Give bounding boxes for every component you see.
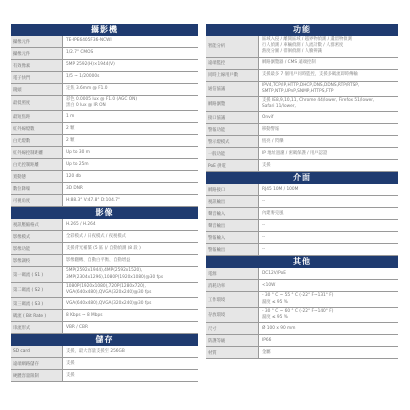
spec-value-line: 1 m — [66, 114, 195, 120]
spec-row: 聲音輸入內建麥克風 — [206, 208, 398, 220]
spec-value: 5MP(2592x1944),4MP(2592x1520),3MP(2304x1… — [63, 267, 198, 281]
spec-value: 內建麥克風 — [259, 208, 398, 219]
spec-value: -- — [259, 220, 398, 231]
spec-value-line: 120 db — [66, 174, 195, 180]
spec-value-line: Safari 11/lower, — [262, 104, 395, 110]
spec-value-line: VGA(640x480),QVGA(320x240)@30 fps — [66, 301, 195, 307]
spec-section: 攝影機攝像元件TE-IPE6405F36-NCWI攝像元件1/2.7" CMOS… — [11, 24, 198, 207]
spec-value-line: 移動警報 — [262, 127, 395, 133]
spec-label: 串流形式 — [11, 322, 63, 333]
spec-label: 數位降噪 — [11, 183, 63, 194]
spec-label: 影像調校 — [11, 255, 63, 266]
spec-value-line: 5MP 2592(H)×1944(V) — [66, 62, 195, 68]
spec-label: 遠端監控 — [206, 58, 259, 69]
spec-row: 攝像元件1/2.7" CMOS — [11, 48, 198, 60]
spec-value: 恆亮 / 閃爍 — [259, 136, 398, 147]
spec-row: 可視角度H:88.3° V:47.8° D:104.7° — [11, 195, 198, 207]
spec-value: 支援 — [259, 160, 398, 171]
spec-value-line: 恆亮 / 閃爍 — [262, 139, 395, 145]
spec-label: 網路瀏覽 — [206, 97, 259, 111]
spec-label: 存放環境 — [206, 308, 259, 322]
spec-value: TE-IPE6405F36-NCWI — [63, 36, 198, 47]
spec-row: 鏡頭定焦 3.6mm @ F1.0 — [11, 84, 198, 96]
spec-row: 電子快門1/5 ~ 1/20000s — [11, 72, 198, 84]
spec-label: 電源 — [206, 268, 259, 279]
spec-label: 警報輸出 — [206, 244, 259, 255]
spec-value: 影像翻轉、自動白平衡、自動增益 — [63, 255, 198, 266]
spec-label: 消耗功率 — [206, 280, 259, 291]
spec-label: 防護等級 — [206, 335, 259, 346]
spec-value-line: 內建麥克風 — [262, 211, 395, 217]
spec-row: 警報輸出-- — [206, 244, 398, 256]
spec-value: 支援 — [63, 358, 198, 369]
spec-row: 一般功能IP 地址過濾 / 密碼保護 / 用戶認證 — [206, 148, 398, 160]
spec-value: 2 顆 — [63, 123, 198, 134]
spec-row: 存放環境- 30 ° C ~ 60 ° C (-22° F~140° F)濕度 … — [206, 308, 398, 323]
spec-value-line: 2 顆 — [66, 138, 195, 144]
spec-section: 介面網路接口RJ45 10M / 100M視訊輸出--聲音輸入內建麥克風聲音輸出… — [206, 172, 398, 256]
spec-value-line: TE-IPE6405F36-NCWI — [66, 38, 195, 44]
spec-section: 影像視訊壓縮格式H.265 / H.264影像模式全彩模式 / 日夜模式 / 夜… — [11, 207, 198, 334]
spec-value-line: 支援背光補償 (5 區 )/ 自動偵測 (8 段 ) — [66, 246, 195, 252]
spec-value: 支援背光補償 (5 區 )/ 自動偵測 (8 段 ) — [63, 243, 198, 254]
spec-value: Up to 25m — [63, 159, 198, 170]
spec-value: 金屬 — [259, 347, 398, 358]
spec-value-line: 8 Kbps ~ 8 Mbps — [66, 313, 195, 319]
spec-label: 寬動態 — [11, 171, 63, 182]
spec-value: 1/5 ~ 1/20000s — [63, 72, 198, 83]
spec-row: 接口協議Onvif — [206, 112, 398, 124]
spec-value: 支援 IE8,9,10,11, Chrome 44/lower, Firefox… — [259, 97, 398, 111]
spec-label: 鏡頭 — [11, 84, 63, 95]
section-header: 介面 — [206, 172, 398, 184]
spec-value-line: -- — [262, 223, 395, 229]
spec-row: 有效像素5MP 2592(H)×1944(V) — [11, 60, 198, 72]
spec-value-line: RJ45 10M / 100M — [262, 187, 395, 193]
spec-value: 彩色 0.0005 lux @ F1.0 (AGC ON)黑白 0 lux @ … — [63, 96, 198, 110]
spec-row: 紅外線燈數2 顆 — [11, 123, 198, 135]
spec-value: Onvif — [259, 112, 398, 123]
spec-value-line: VBR / CBR — [66, 325, 195, 331]
spec-value-line: 3D DNR — [66, 186, 195, 192]
spec-label: 聲音輸入 — [206, 208, 259, 219]
spec-value-line: 支援 — [66, 361, 195, 367]
spec-label: 白光控制距離 — [11, 159, 63, 170]
spec-row: 第一碼流 ( S1 )5MP(2592x1944),4MP(2592x1520)… — [11, 267, 198, 282]
spec-row: 第三碼流 ( S3 )VGA(640x480),QVGA(320x240)@30… — [11, 298, 198, 310]
spec-value: H.265 / H.264 — [63, 219, 198, 230]
spec-value-line: Ø 100 x 90 mm — [262, 326, 395, 332]
spec-row: 白光控制距離Up to 25m — [11, 159, 198, 171]
spec-value-line: IP66 — [262, 338, 395, 344]
spec-value: -- — [259, 232, 398, 243]
spec-value-line: 定焦 3.6mm @ F1.0 — [66, 86, 195, 92]
spec-value-line: <10W — [262, 283, 395, 289]
spec-section: 功能智能分析區域入侵 / 離開區域 / 越界物偵測 / 遺留物偵測行人偵測 / … — [206, 24, 398, 172]
spec-value-line: 支援，最大容量支援至 256GB — [66, 349, 195, 355]
spec-value: RJ45 10M / 100M — [259, 184, 398, 195]
spec-value: IP 地址過濾 / 密碼保護 / 用戶認證 — [259, 148, 398, 159]
spec-value-line: 支援 — [262, 163, 395, 169]
spec-row: 尺寸Ø 100 x 90 mm — [206, 323, 398, 335]
spec-value: - 30 ° C ~ 55 ° C (-22° F~131° F)濕度 ≤ 95… — [259, 292, 398, 306]
spec-row: 視訊壓縮格式H.265 / H.264 — [11, 219, 198, 231]
spec-row: 消耗功率<10W — [206, 280, 398, 292]
spec-label: 第二碼流 ( S2 ) — [11, 283, 63, 297]
spec-value-line: 支援最多 7 個用戶同時監控，支援多碼流即時傳輸 — [262, 72, 395, 78]
spec-value: 1 m — [63, 111, 198, 122]
spec-value: 支援，最大容量支援至 256GB — [63, 346, 198, 357]
spec-value: 支援最多 7 個用戶同時監控，支援多碼流即時傳輸 — [259, 70, 398, 81]
spec-value-line: 3MP(2304x1296),1080P(1920x1080)@30 fps — [66, 275, 195, 281]
spec-value-line: Up to 25m — [66, 162, 195, 168]
spec-row: 串流形式VBR / CBR — [11, 322, 198, 334]
spec-value-line: H.265 / H.264 — [66, 222, 195, 228]
spec-value-line: 影像翻轉、自動白平衡、自動增益 — [66, 258, 195, 264]
spec-value: VBR / CBR — [63, 322, 198, 333]
spec-value: DC12V/PoE — [259, 268, 398, 279]
spec-label: 紅外線燈數 — [11, 123, 63, 134]
spec-label: 視訊壓縮格式 — [11, 219, 63, 230]
spec-value: 1/2.7" CMOS — [63, 48, 198, 59]
spec-row: 寬動態120 db — [11, 171, 198, 183]
spec-value: 2 顆 — [63, 135, 198, 146]
spec-label: 視訊輸出 — [206, 196, 259, 207]
spec-value-line: 黑白 0 lux @ IR ON — [66, 103, 195, 109]
spec-label: 白光燈數 — [11, 135, 63, 146]
spec-value: Up to 30 m — [63, 147, 198, 158]
spec-value-line: 支援 — [66, 373, 195, 379]
spec-row: PoE 供電支援 — [206, 160, 398, 172]
spec-row: 影像功能支援背光補償 (5 區 )/ 自動偵測 (8 段 ) — [11, 243, 198, 255]
spec-value-line: -- — [262, 235, 395, 241]
section-header: 攝影機 — [11, 24, 198, 36]
spec-value-line: 濕度 ≤ 95 % — [262, 315, 395, 321]
spec-value-line: IP 地址過濾 / 密碼保護 / 用戶認證 — [262, 151, 395, 157]
spec-label: 最短焦距 — [11, 111, 63, 122]
spec-value-line: 金屬 — [262, 350, 395, 356]
spec-label: 電子快門 — [11, 72, 63, 83]
spec-value-line: -- — [262, 199, 395, 205]
section-header: 儲存 — [11, 334, 198, 346]
spec-label: 紅外線控制距離 — [11, 147, 63, 158]
spec-row: 材質金屬 — [206, 347, 398, 359]
spec-value-line: 熱度分圖 / 徘徊偵測 / 人臉辨識 — [262, 49, 395, 55]
spec-value: 5MP 2592(H)×1944(V) — [63, 60, 198, 71]
spec-row: 遠端網路儲存支援 — [11, 358, 198, 370]
spec-section: 其他電源DC12V/PoE消耗功率<10W工作環境- 30 ° C ~ 55 °… — [206, 256, 398, 359]
spec-label: 一般功能 — [206, 148, 259, 159]
spec-row: 最短焦距1 m — [11, 111, 198, 123]
spec-label: 有效像素 — [11, 60, 63, 71]
spec-row: 網路瀏覽支援 IE8,9,10,11, Chrome 44/lower, Fir… — [206, 97, 398, 112]
spec-label: 攝像元件 — [11, 48, 63, 59]
spec-row: 網路接口RJ45 10M / 100M — [206, 184, 398, 196]
section-header: 其他 — [206, 256, 398, 268]
spec-label: 警報輸入 — [206, 232, 259, 243]
spec-label: SD card — [11, 346, 63, 357]
spec-row: 遠端監控網路瀏覽器 / CMS 遠端控制 — [206, 58, 398, 70]
spec-value-line: H:88.3° V:47.8° D:104.7° — [66, 198, 195, 204]
spec-label: 智能分析 — [206, 36, 259, 57]
spec-label: 攝像元件 — [11, 36, 63, 47]
spec-label: PoE 供電 — [206, 160, 259, 171]
spec-value: 區域入侵 / 離開區域 / 越界物偵測 / 遺留物偵測行人偵測 / 車輛偵測 /… — [259, 36, 398, 57]
spec-label: 工作環境 — [206, 292, 259, 306]
spec-row: 影像調校影像翻轉、自動白平衡、自動增益 — [11, 255, 198, 267]
spec-row: 警報功能移動警報 — [206, 124, 398, 136]
spec-value: IPV4,TCP/IP,HTTP,DHCP,DNS,DDNS,RTP/RTSP,… — [259, 82, 398, 96]
spec-label: 通信協議 — [206, 82, 259, 96]
spec-row: 數位降噪3D DNR — [11, 183, 198, 195]
spec-value: 3D DNR — [63, 183, 198, 194]
spec-label: 可視角度 — [11, 195, 63, 206]
spec-value: 120 db — [63, 171, 198, 182]
spec-section: 儲存SD card支援，最大容量支援至 256GB遠端網路儲存支援硬體容量限制支… — [11, 334, 198, 382]
spec-row: 視訊輸出-- — [206, 196, 398, 208]
spec-row: 影像模式全彩模式 / 日夜模式 / 夜視模式 — [11, 231, 198, 243]
spec-value-line: Up to 30 m — [66, 150, 195, 156]
spec-value: IP66 — [259, 335, 398, 346]
spec-value: -- — [259, 196, 398, 207]
spec-label: 影像功能 — [11, 243, 63, 254]
spec-row: 防護等級IP66 — [206, 335, 398, 347]
spec-label: 接口協議 — [206, 112, 259, 123]
spec-label: 第三碼流 ( S3 ) — [11, 298, 63, 309]
spec-value: - 30 ° C ~ 60 ° C (-22° F~140° F)濕度 ≤ 95… — [259, 308, 398, 322]
spec-value-line: 1/5 ~ 1/20000s — [66, 74, 195, 80]
spec-value: 支援 — [63, 370, 198, 381]
spec-label: 警示燈模式 — [206, 136, 259, 147]
spec-value: 移動警報 — [259, 124, 398, 135]
spec-value: 8 Kbps ~ 8 Mbps — [63, 310, 198, 321]
spec-label: 遠端網路儲存 — [11, 358, 63, 369]
spec-value-line: DC12V/PoE — [262, 271, 395, 277]
spec-value: 全彩模式 / 日夜模式 / 夜視模式 — [63, 231, 198, 242]
section-header: 功能 — [206, 24, 398, 36]
spec-label: 最低照度 — [11, 96, 63, 110]
spec-row: 工作環境- 30 ° C ~ 55 ° C (-22° F~131° F)濕度 … — [206, 292, 398, 307]
spec-row: 攝像元件TE-IPE6405F36-NCWI — [11, 36, 198, 48]
spec-value-line: 全彩模式 / 日夜模式 / 夜視模式 — [66, 234, 195, 240]
spec-label: 警報功能 — [206, 124, 259, 135]
spec-label: 材質 — [206, 347, 259, 358]
spec-label: 硬體容量限制 — [11, 370, 63, 381]
spec-value-line: 1/2.7" CMOS — [66, 50, 195, 56]
spec-value-line: 網路瀏覽器 / CMS 遠端控制 — [262, 60, 395, 66]
spec-label: 影像模式 — [11, 231, 63, 242]
spec-row: SD card支援，最大容量支援至 256GB — [11, 346, 198, 358]
spec-value: -- — [259, 244, 398, 255]
section-header: 影像 — [11, 207, 198, 219]
spec-label: 尺寸 — [206, 323, 259, 334]
spec-value: 1080P(1920x1080),720P(1280x720),VGA(640x… — [63, 283, 198, 297]
spec-row: 聲音輸出-- — [206, 220, 398, 232]
spec-value-line: 2 顆 — [66, 126, 195, 132]
spec-row: 通信協議IPV4,TCP/IP,HTTP,DHCP,DNS,DDNS,RTP/R… — [206, 82, 398, 97]
spec-label: 碼流 ( Bit Rate ) — [11, 310, 63, 321]
spec-value-line: SMTP,NTP,UPnP,SNMP,HTTPS,FTP — [262, 89, 395, 95]
spec-label: 網路接口 — [206, 184, 259, 195]
spec-value-line: VGA(640x480),QVGA(320x240)@30 fps — [66, 290, 195, 296]
spec-row: 最低照度彩色 0.0005 lux @ F1.0 (AGC ON)黑白 0 lu… — [11, 96, 198, 111]
spec-table-left: 攝影機攝像元件TE-IPE6405F36-NCWI攝像元件1/2.7" CMOS… — [11, 24, 198, 382]
spec-value: <10W — [259, 280, 398, 291]
spec-row: 紅外線控制距離Up to 30 m — [11, 147, 198, 159]
spec-value: 網路瀏覽器 / CMS 遠端控制 — [259, 58, 398, 69]
spec-table-right: 功能智能分析區域入侵 / 離開區域 / 越界物偵測 / 遺留物偵測行人偵測 / … — [206, 24, 398, 359]
spec-label: 同時上線用戶數 — [206, 70, 259, 81]
spec-row: 白光燈數2 顆 — [11, 135, 198, 147]
spec-row: 智能分析區域入侵 / 離開區域 / 越界物偵測 / 遺留物偵測行人偵測 / 車輛… — [206, 36, 398, 58]
spec-row: 警示燈模式恆亮 / 閃爍 — [206, 136, 398, 148]
spec-value: H:88.3° V:47.8° D:104.7° — [63, 195, 198, 206]
spec-value: VGA(640x480),QVGA(320x240)@30 fps — [63, 298, 198, 309]
spec-value-line: 濕度 ≤ 95 % — [262, 300, 395, 306]
spec-row: 硬體容量限制支援 — [11, 370, 198, 382]
spec-label: 第一碼流 ( S1 ) — [11, 267, 63, 281]
spec-value: 定焦 3.6mm @ F1.0 — [63, 84, 198, 95]
spec-label: 聲音輸出 — [206, 220, 259, 231]
spec-row: 警報輸入-- — [206, 232, 398, 244]
spec-row: 第二碼流 ( S2 )1080P(1920x1080),720P(1280x72… — [11, 283, 198, 298]
spec-value: Ø 100 x 90 mm — [259, 323, 398, 334]
spec-row: 同時上線用戶數支援最多 7 個用戶同時監控，支援多碼流即時傳輸 — [206, 70, 398, 82]
spec-value-line: Onvif — [262, 115, 395, 121]
spec-row: 碼流 ( Bit Rate )8 Kbps ~ 8 Mbps — [11, 310, 198, 322]
spec-value-line: -- — [262, 247, 395, 253]
spec-row: 電源DC12V/PoE — [206, 268, 398, 280]
